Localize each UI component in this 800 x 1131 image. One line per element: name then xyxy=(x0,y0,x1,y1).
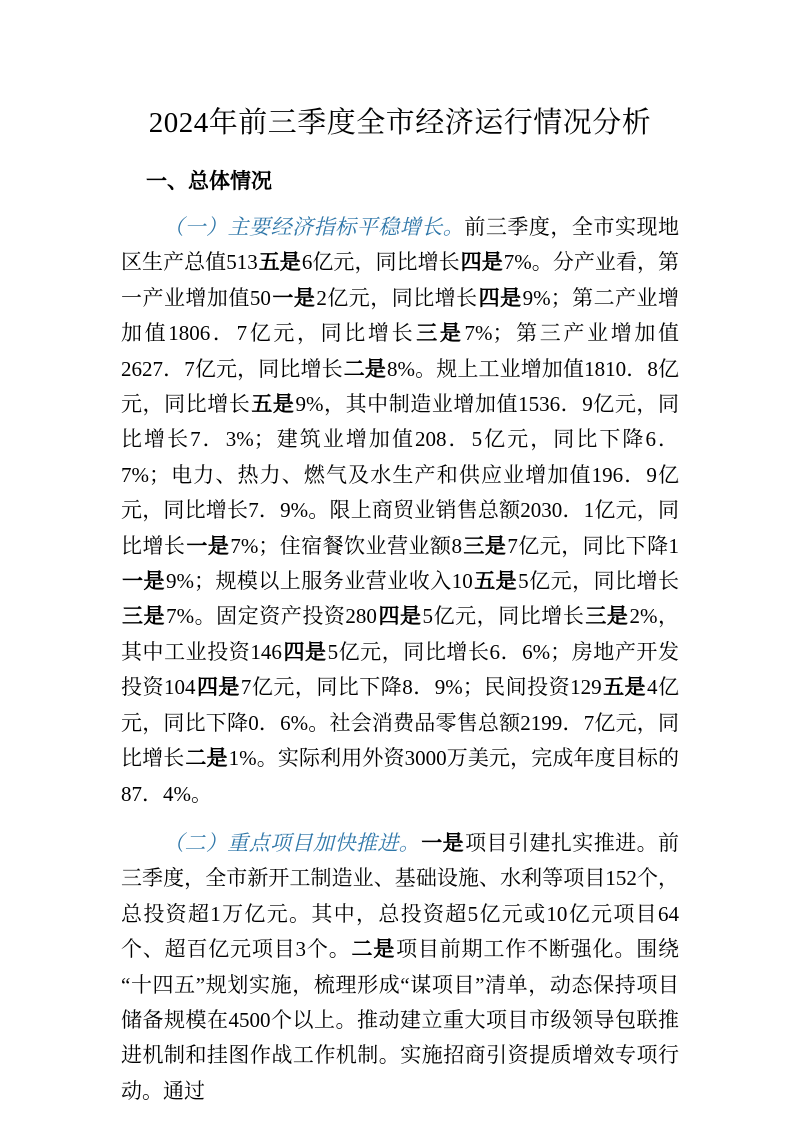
text-run-bold: 二是 xyxy=(344,357,386,381)
text-run-normal: 7亿元，同比下降8．9%；民间投资129 xyxy=(241,675,602,699)
text-run-bold: 五是 xyxy=(259,250,301,274)
text-run-blue: （一）主要经济指标平稳增长。 xyxy=(163,215,464,239)
text-run-normal: 2亿元，同比增长 xyxy=(316,286,477,310)
document-page: 2024年前三季度全市经济运行情况分析 一、总体情况（一）主要经济指标平稳增长。… xyxy=(121,102,679,1109)
text-run-normal: 5亿元，同比增长 xyxy=(423,604,585,628)
text-run-normal: 7%；住宿餐饮业营业额8 xyxy=(230,534,462,558)
document-body: 一、总体情况（一）主要经济指标平稳增长。前三季度，全市实现地区生产总值513五是… xyxy=(121,166,679,1109)
text-run-bold: 一是 xyxy=(272,286,315,310)
text-run-normal: 9%；规模以上服务业营业收入10 xyxy=(166,569,473,593)
text-run-normal: 7%。固定资产投资280 xyxy=(166,604,377,628)
document-title: 2024年前三季度全市经济运行情况分析 xyxy=(121,102,679,144)
text-run-bold: 三是 xyxy=(416,321,463,345)
text-run-bold: 四是 xyxy=(378,604,422,628)
text-run-bold: 二是 xyxy=(185,746,227,770)
text-run-normal: 7亿元，同比下降1 xyxy=(507,534,679,558)
text-run-bold: 四是 xyxy=(461,250,503,274)
text-run-bold: 二是 xyxy=(352,937,396,961)
text-run-normal: 6亿元，同比增长 xyxy=(302,250,460,274)
text-run-bold: 一是 xyxy=(421,831,464,855)
section-heading: 一、总体情况 xyxy=(146,166,679,196)
text-run-bold: 五是 xyxy=(251,392,294,416)
text-run-bold: 三是 xyxy=(585,604,628,628)
text-run-bold: 三是 xyxy=(122,604,165,628)
text-run-normal: 项目前期工作不断强化。围绕“十四五”规划实施，梳理形成“谋项目”清单，动态保持项… xyxy=(121,937,679,1103)
paragraph: （一）主要经济指标平稳增长。前三季度，全市实现地区生产总值513五是6亿元，同比… xyxy=(121,210,679,812)
text-run-bold: 四是 xyxy=(283,640,327,664)
text-run-bold: 一是 xyxy=(122,569,165,593)
text-run-bold: 五是 xyxy=(474,569,517,593)
text-run-bold: 四是 xyxy=(479,286,522,310)
text-run-blue: （二）重点项目加快推进。 xyxy=(163,831,420,855)
text-run-normal: 5亿元，同比增长 xyxy=(518,569,679,593)
text-run-bold: 一是 xyxy=(186,534,229,558)
document-canvas: { "page": { "background_color": "#ffffff… xyxy=(0,0,800,1131)
text-run-bold: 三是 xyxy=(463,534,506,558)
paragraph: （二）重点项目加快推进。一是项目引建扎实推进。前三季度，全市新开工制造业、基础设… xyxy=(121,826,679,1109)
text-run-bold: 四是 xyxy=(196,675,239,699)
text-run-bold: 五是 xyxy=(603,675,646,699)
